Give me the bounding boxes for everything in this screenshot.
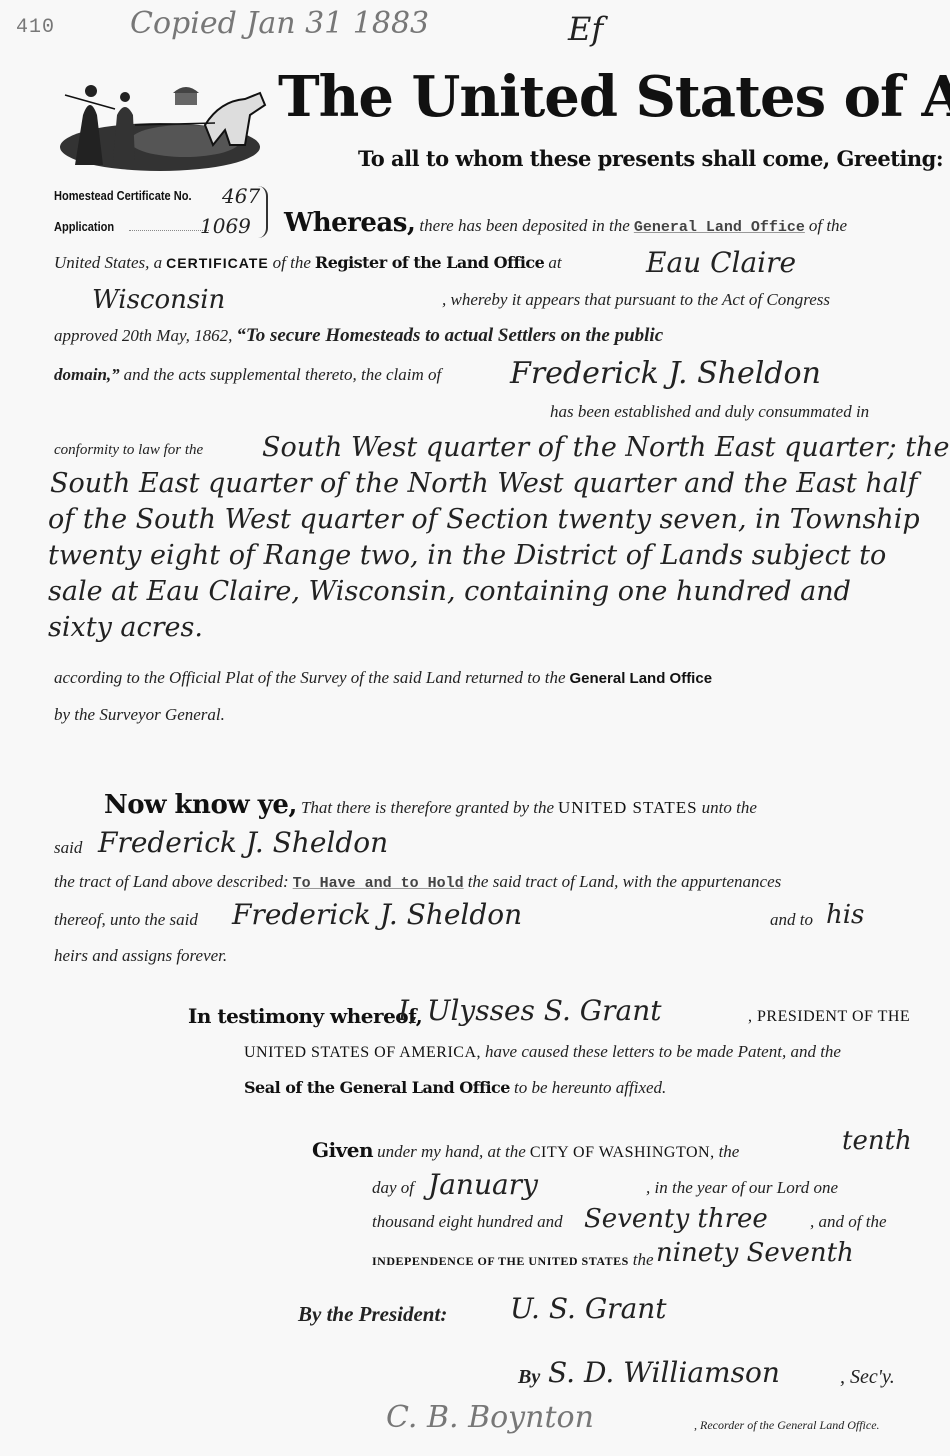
- given-line-4: INDEPENDENCE OF THE UNITED STATES the: [372, 1250, 654, 1270]
- preamble-line-6: has been established and duly consummate…: [550, 402, 869, 422]
- land-description-line: South West quarter of the North East qua…: [262, 432, 949, 463]
- preamble-line-1: Whereas, there has been deposited in the…: [284, 208, 847, 238]
- act-title: “To secure Homesteads to actual Settlers…: [236, 325, 663, 346]
- grantee-name-1: Frederick J. Sheldon: [98, 826, 388, 859]
- document-title: The United States of America,: [278, 64, 950, 130]
- issue-day: tenth: [842, 1126, 912, 1156]
- farm-scene-illustration-icon: [55, 75, 270, 175]
- city-of-washington: CITY OF WASHINGTON,: [530, 1144, 715, 1161]
- grant-line-3: the tract of Land above described: To Ha…: [54, 872, 781, 892]
- testimony-heading: In testimony whereof,: [188, 1004, 422, 1028]
- independence-label: INDEPENDENCE OF THE UNITED STATES: [372, 1254, 629, 1268]
- president-signature: U. S. Grant: [510, 1292, 667, 1325]
- copied-note: Copied Jan 31 1883: [130, 6, 429, 41]
- survey-line-2: by the Surveyor General.: [54, 705, 225, 725]
- preamble-line-2: United States, a CERTIFICATE of the Regi…: [54, 253, 562, 273]
- claimant-name: Frederick J. Sheldon: [510, 356, 821, 391]
- secretary-signature: S. D. Williamson: [548, 1356, 780, 1389]
- by-the-president-label: By the President:: [298, 1302, 447, 1327]
- recorder-title: , Recorder of the General Land Office.: [694, 1418, 880, 1433]
- page-number-stamp: 410: [16, 16, 55, 39]
- united-states-label: UNITED STATES: [558, 798, 698, 817]
- given-line-2-end: , in the year of our Lord one: [646, 1178, 838, 1198]
- register-of-land-office: Register of the Land Office: [315, 253, 544, 272]
- preamble-line-3: , whereby it appears that pursuant to th…: [442, 290, 830, 310]
- grant-line-1: Now know ye, That there is therefore gra…: [104, 790, 757, 820]
- preamble-line-7: conformity to law for the: [54, 442, 203, 459]
- by-label: By: [518, 1366, 540, 1389]
- recorder-signature: C. B. Boynton: [386, 1400, 594, 1435]
- heir-pronoun: his: [826, 900, 864, 930]
- testimony-line-3: Seal of the General Land Office to be he…: [244, 1078, 666, 1098]
- whereas-heading: Whereas,: [284, 208, 415, 238]
- application-row: Application: [54, 218, 209, 236]
- president-of-the: , PRESIDENT OF THE: [748, 1008, 910, 1026]
- land-description-line: South East quarter of the North West qua…: [50, 468, 917, 499]
- independence-year: ninety Seventh: [656, 1238, 854, 1268]
- given-line-3-start: thousand eight hundred and: [372, 1212, 563, 1232]
- land-description-line: twenty eight of Range two, in the Distri…: [48, 540, 886, 571]
- grantee-name-2: Frederick J. Sheldon: [232, 898, 522, 931]
- bracket-divider: [258, 186, 268, 238]
- preamble-line-4: approved 20th May, 1862, “To secure Home…: [54, 325, 663, 347]
- grant-line-4-start: thereof, unto the said: [54, 910, 198, 930]
- given-line-1: Given under my hand, at the CITY OF WASH…: [312, 1138, 739, 1162]
- homestead-certificate-row: Homestead Certificate No.: [54, 188, 216, 205]
- testimony-line-2: UNITED STATES OF AMERICA, have caused th…: [244, 1042, 841, 1062]
- land-office-city: Eau Claire: [646, 246, 796, 279]
- habendum-label: To Have and to Hold: [293, 875, 464, 892]
- grant-line-5: heirs and assigns forever.: [54, 946, 227, 966]
- greeting: To all to whom these presents shall come…: [358, 146, 943, 171]
- land-description-line: sixty acres.: [48, 612, 203, 643]
- and-to-text: and to: [770, 910, 813, 930]
- issue-year: Seventy three: [584, 1204, 768, 1234]
- survey-line-1: according to the Official Plat of the Su…: [54, 668, 712, 688]
- general-land-office-label-2: General Land Office: [570, 670, 713, 687]
- seal-label: Seal of the General Land Office: [244, 1078, 510, 1097]
- land-office-state: Wisconsin: [92, 285, 225, 315]
- land-description-line: sale at Eau Claire, Wisconsin, containin…: [48, 576, 851, 607]
- preamble-line-5: domain,” and the acts supplemental there…: [54, 365, 441, 385]
- application-label: Application: [54, 219, 114, 234]
- grant-line-2-start: said: [54, 838, 82, 858]
- given-heading: Given: [312, 1138, 373, 1162]
- homestead-certificate-number: 467: [222, 184, 260, 208]
- application-number: 1069: [200, 214, 251, 238]
- homestead-certificate-label: Homestead Certificate No.: [54, 188, 192, 203]
- land-description-line: of the South West quarter of Section twe…: [48, 504, 920, 535]
- given-line-3-end: , and of the: [810, 1212, 887, 1232]
- day-of-text: day of: [372, 1178, 414, 1198]
- general-land-office-label: General Land Office: [634, 219, 805, 236]
- certificate-word: CERTIFICATE: [166, 255, 269, 271]
- president-signer: I, Ulysses S. Grant: [398, 994, 662, 1027]
- issue-month: January: [428, 1168, 538, 1201]
- now-know-ye-heading: Now know ye,: [104, 790, 297, 820]
- corner-mark: Ef: [568, 10, 603, 48]
- secretary-title: , Sec'y.: [840, 1366, 895, 1389]
